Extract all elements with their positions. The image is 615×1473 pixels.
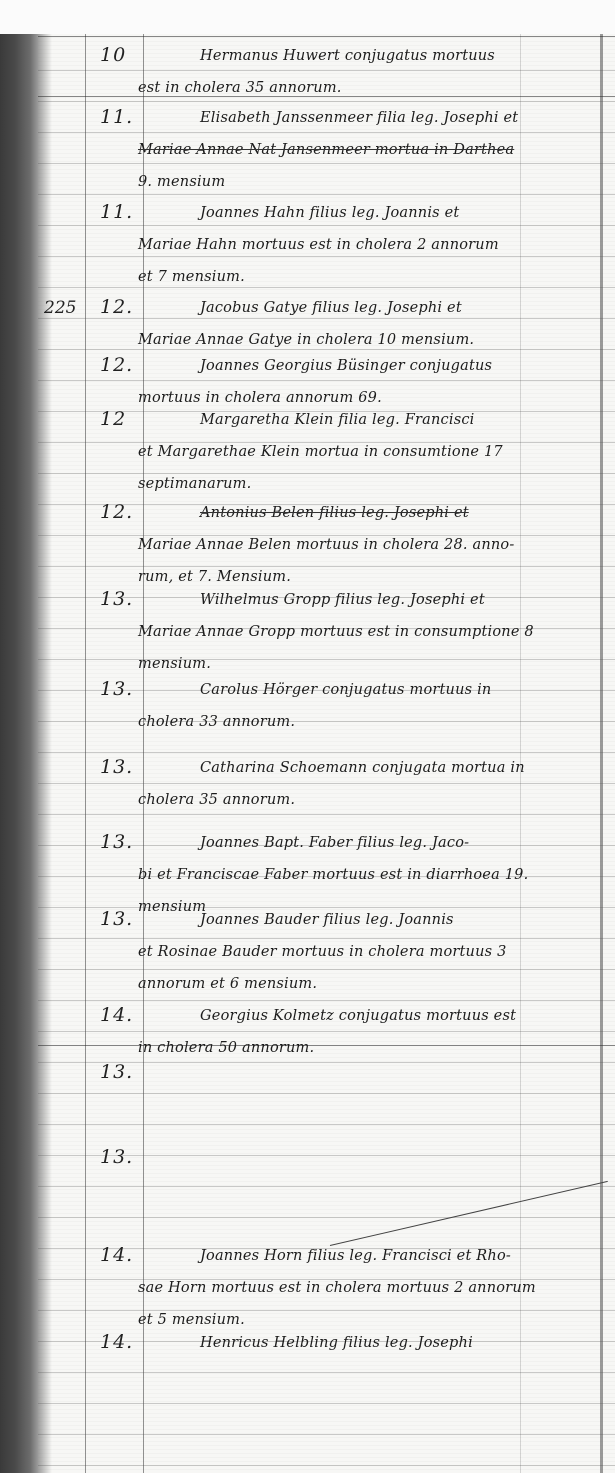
scan-top-margin [0, 0, 615, 34]
entry-text-line: et Rosinae Bauder mortuus in cholera mor… [138, 944, 507, 960]
ruled-line [38, 752, 615, 753]
entry-text-line: mensium [138, 899, 206, 915]
entry-day: 13. [100, 1146, 133, 1168]
ruled-line [38, 194, 615, 195]
ruled-line [38, 1310, 615, 1311]
entry-day: 12. [100, 354, 133, 376]
ruled-line [38, 318, 615, 319]
column-rule [520, 34, 521, 1473]
entry-day: 12. [100, 296, 133, 318]
entry-text-line: cholera 33 annorum. [138, 714, 295, 730]
entry-text-line: est in cholera 35 annorum. [138, 80, 342, 96]
entry-text-line: Georgius Kolmetz conjugatus mortuus est [200, 1008, 516, 1024]
entry-text-line: Catharina Schoemann conjugata mortua in [200, 760, 525, 776]
entry-text-line: Mariae Annae Gatye in cholera 10 mensium… [138, 332, 474, 348]
ruled-line [38, 163, 615, 164]
entry-text-line: rum, et 7. Mensium. [138, 569, 291, 585]
entry-text-line: mensium. [138, 656, 211, 672]
ruled-line [38, 1465, 615, 1466]
entry-day: 13. [100, 588, 133, 610]
entry-text-line: Carolus Hörger conjugatus mortuus in [200, 682, 491, 698]
ruled-line [38, 1186, 615, 1187]
ruled-line [38, 721, 615, 722]
ruled-line [38, 256, 615, 257]
ruled-line [38, 1217, 615, 1218]
entry-text-line: Mariae Annae Belen mortuus in cholera 28… [138, 537, 514, 553]
entry-text-line: Mariae Annae Gropp mortuus est in consum… [138, 624, 534, 640]
ruled-line [38, 814, 615, 815]
entry-day: 14. [100, 1331, 133, 1353]
entry-day: 14. [100, 1004, 133, 1026]
entry-text-line: annorum et 6 mensium. [138, 976, 317, 992]
entry-text-line: Jacobus Gatye filius leg. Josephi et [200, 300, 462, 316]
entry-text-line: Joannes Georgius Büsinger conjugatus [200, 358, 492, 374]
entry-day: 13. [100, 1061, 133, 1083]
entry-text-line: et Margarethae Klein mortua in consumtio… [138, 444, 503, 460]
ruled-line [38, 1031, 615, 1032]
ruled-line [38, 1000, 615, 1001]
entry-text-line: Joannes Bapt. Faber filius leg. Jaco- [200, 835, 469, 851]
ruled-line-strong [38, 1045, 615, 1046]
entry-text-line: Joannes Hahn filius leg. Joannis et [200, 205, 459, 221]
ruled-line [38, 287, 615, 288]
entry-text-line: Mariae Hahn mortuus est in cholera 2 ann… [138, 237, 499, 253]
entry-text-line: Antonius Belen filius leg. Josephi et [200, 505, 469, 521]
ruled-line [38, 566, 615, 567]
column-rule [600, 34, 603, 1473]
ruled-line [38, 349, 615, 350]
book-binding [0, 34, 38, 1473]
entry-day: 10 [100, 44, 126, 66]
entry-text-line: in cholera 50 annorum. [138, 1040, 314, 1056]
entry-text-line: Elisabeth Janssenmeer filia leg. Josephi… [200, 110, 518, 126]
folio-number: 225 [44, 298, 76, 318]
ruled-line [38, 380, 615, 381]
entry-day: 12 [100, 408, 126, 430]
entry-text-line: Mariae Annae Nat Jansenmeer mortua in Da… [138, 142, 514, 158]
entry-text-line: et 5 mensium. [138, 1312, 245, 1328]
ruled-line-strong [38, 36, 615, 37]
entry-text-line: Hermanus Huwert conjugatus mortuus [200, 48, 495, 64]
entry-day: 13. [100, 678, 133, 700]
entry-day: 11. [100, 201, 133, 223]
entry-text-line: septimanarum. [138, 476, 251, 492]
entry-text-line: Henricus Helbling filius leg. Josephi [200, 1335, 473, 1351]
ruled-line [38, 225, 615, 226]
ruled-line [38, 101, 615, 102]
column-rule [85, 34, 86, 1473]
ruled-line [38, 442, 615, 443]
entry-text-line: 9. mensium [138, 174, 225, 190]
entry-text-line: Wilhelmus Gropp filius leg. Josephi et [200, 592, 485, 608]
ruled-line [38, 938, 615, 939]
ruled-line [38, 132, 615, 133]
ruled-line [38, 473, 615, 474]
entry-day: 13. [100, 756, 133, 778]
ruled-line [38, 1093, 615, 1094]
entry-text-line: mortuus in cholera annorum 69. [138, 390, 382, 406]
ruled-line [38, 969, 615, 970]
ruled-line [38, 1403, 615, 1404]
entry-text-line: Joannes Horn filius leg. Francisci et Rh… [200, 1248, 511, 1264]
ruled-line [38, 783, 615, 784]
binding-shadow [38, 34, 52, 1473]
entry-text-line: cholera 35 annorum. [138, 792, 295, 808]
ruled-line [38, 70, 615, 71]
entry-day: 12. [100, 501, 133, 523]
ruled-line [38, 659, 615, 660]
entry-text-line: bi et Franciscae Faber mortuus est in di… [138, 867, 528, 883]
ruled-line-strong [38, 96, 615, 97]
entry-day: 14. [100, 1244, 133, 1266]
entry-text-line: Margaretha Klein filia leg. Francisci [200, 412, 475, 428]
ruled-line [38, 1434, 615, 1435]
ruled-line [38, 535, 615, 536]
ruled-line [38, 1124, 615, 1125]
entry-day: 13. [100, 831, 133, 853]
ruled-line [38, 1372, 615, 1373]
entry-text-line: sae Horn mortuus est in cholera mortuus … [138, 1280, 536, 1296]
entry-day: 13. [100, 908, 133, 930]
entry-text-line: Joannes Bauder filius leg. Joannis [200, 912, 454, 928]
entry-text-line: et 7 mensium. [138, 269, 245, 285]
entry-day: 11. [100, 106, 133, 128]
